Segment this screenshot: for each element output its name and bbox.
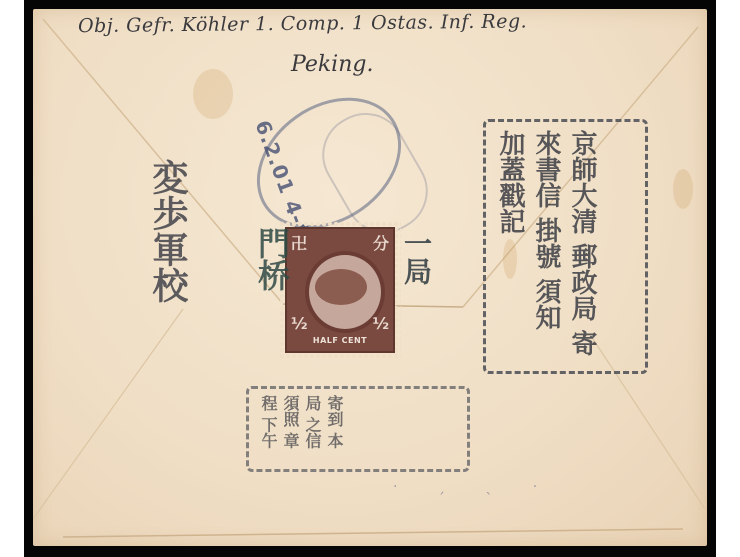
- stamp-corner-glyph: 分: [373, 231, 389, 254]
- chinese-arrival-cachet: 寄到 本局 之信 須照 章程 下午: [246, 386, 470, 472]
- cachet-column: 寄到: [325, 395, 344, 427]
- stamp-design: 卍 分 ½ ½ HALF CENT: [285, 227, 395, 353]
- cachet-column: 掛號: [531, 217, 561, 269]
- chinese-handwritten-address: 変歩軍校: [147, 159, 187, 303]
- postage-stamp: 卍 分 ½ ½ HALF CENT: [279, 221, 401, 359]
- stamp-value-left: ½: [291, 314, 308, 333]
- stamp-overprint-right: 一局: [399, 229, 433, 285]
- cachet-column: 須照: [281, 395, 300, 427]
- cachet-column: 加蓋戳記: [495, 130, 525, 234]
- cachet-text: 寄到 本局 之信 須照 章程 下午: [257, 395, 345, 463]
- cachet-column: 郵政局: [567, 243, 597, 321]
- foxing-stain: [673, 169, 693, 209]
- stamp-value-right: ½: [372, 314, 389, 333]
- foxing-stain: [193, 69, 233, 119]
- envelope-back: Obj. Gefr. Köhler 1. Comp. 1 Ostas. Inf.…: [33, 9, 707, 546]
- stamp-corner-glyph: 卍: [291, 231, 307, 254]
- chinese-post-office-cachet: 京師大清 郵政局 寄來書信 掛號 須知 加蓋戳記: [483, 119, 648, 374]
- faint-ink-marks: · ˏ ˎ ·: [393, 479, 555, 495]
- cachet-column: 之信: [303, 417, 322, 449]
- stamp-denomination: HALF CENT: [287, 336, 393, 345]
- cachet-text: 京師大清 郵政局 寄來書信 掛號 須知 加蓋戳記: [492, 130, 600, 363]
- sender-city-line: Peking.: [291, 52, 373, 77]
- cachet-column: 須知: [531, 278, 561, 330]
- cachet-column: 京師大清: [567, 130, 597, 234]
- cachet-column: 下午: [259, 417, 278, 449]
- stamp-overprint-left: 門桥: [255, 227, 289, 291]
- dragon-icon: [315, 269, 367, 305]
